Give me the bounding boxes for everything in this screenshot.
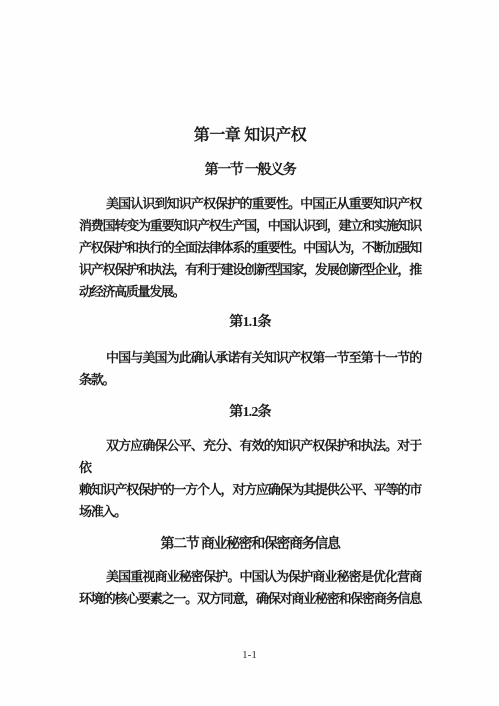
text-line: 场准入。 [79,501,421,523]
article-heading: 第1.1条 [79,315,421,331]
text-line: 条款。 [79,369,421,391]
text-line: 环境的核心要素之一。双方同意，确保对商业秘密和保密商务信息 [79,588,421,610]
text-line: 美国认识到知识产权保护的重要性。中国正从重要知识产权 [79,193,421,215]
text-line: 动经济高质量发展。 [79,281,421,303]
paragraph: 美国重视商业秘密保护。中国认为保护商业秘密是优化营商环境的核心要素之一。双方同意… [79,566,421,610]
text-line: 产权保护和执行的全面法律体系的重要性。中国认为，不断加强知 [79,237,421,259]
paragraph: 中国与美国为此确认承诺有关知识产权第一节至第十一节的条款。 [79,347,421,391]
text-line: 识产权保护和执法，有利于建设创新型国家，发展创新型企业，推 [79,259,421,281]
chapter-heading: 第一章 知识产权 [79,127,421,145]
document-page: 第一章 知识产权第一节 一般义务美国认识到知识产权保护的重要性。中国正从重要知识… [0,0,499,706]
paragraph: 美国认识到知识产权保护的重要性。中国正从重要知识产权消费国转变为重要知识产权生产… [79,193,421,303]
document-content: 第一章 知识产权第一节 一般义务美国认识到知识产权保护的重要性。中国正从重要知识… [79,0,421,610]
section-heading: 第二节 商业秘密和保密商务信息 [79,535,421,551]
article-heading: 第1.2条 [79,405,421,421]
text-line: 消费国转变为重要知识产权生产国，中国认识到，建立和实施知识 [79,215,421,237]
text-line: 美国重视商业秘密保护。中国认为保护商业秘密是优化营商 [79,566,421,588]
section-heading: 第一节 一般义务 [79,161,421,177]
text-line: 赖知识产权保护的一方个人，对方应确保为其提供公平、平等的市 [79,479,421,501]
text-line: 双方应确保公平、充分、有效的知识产权保护和执法。对于依 [79,435,421,479]
page-number: 1-1 [0,649,499,662]
paragraph: 双方应确保公平、充分、有效的知识产权保护和执法。对于依赖知识产权保护的一方个人，… [79,435,421,523]
text-line: 中国与美国为此确认承诺有关知识产权第一节至第十一节的 [79,347,421,369]
